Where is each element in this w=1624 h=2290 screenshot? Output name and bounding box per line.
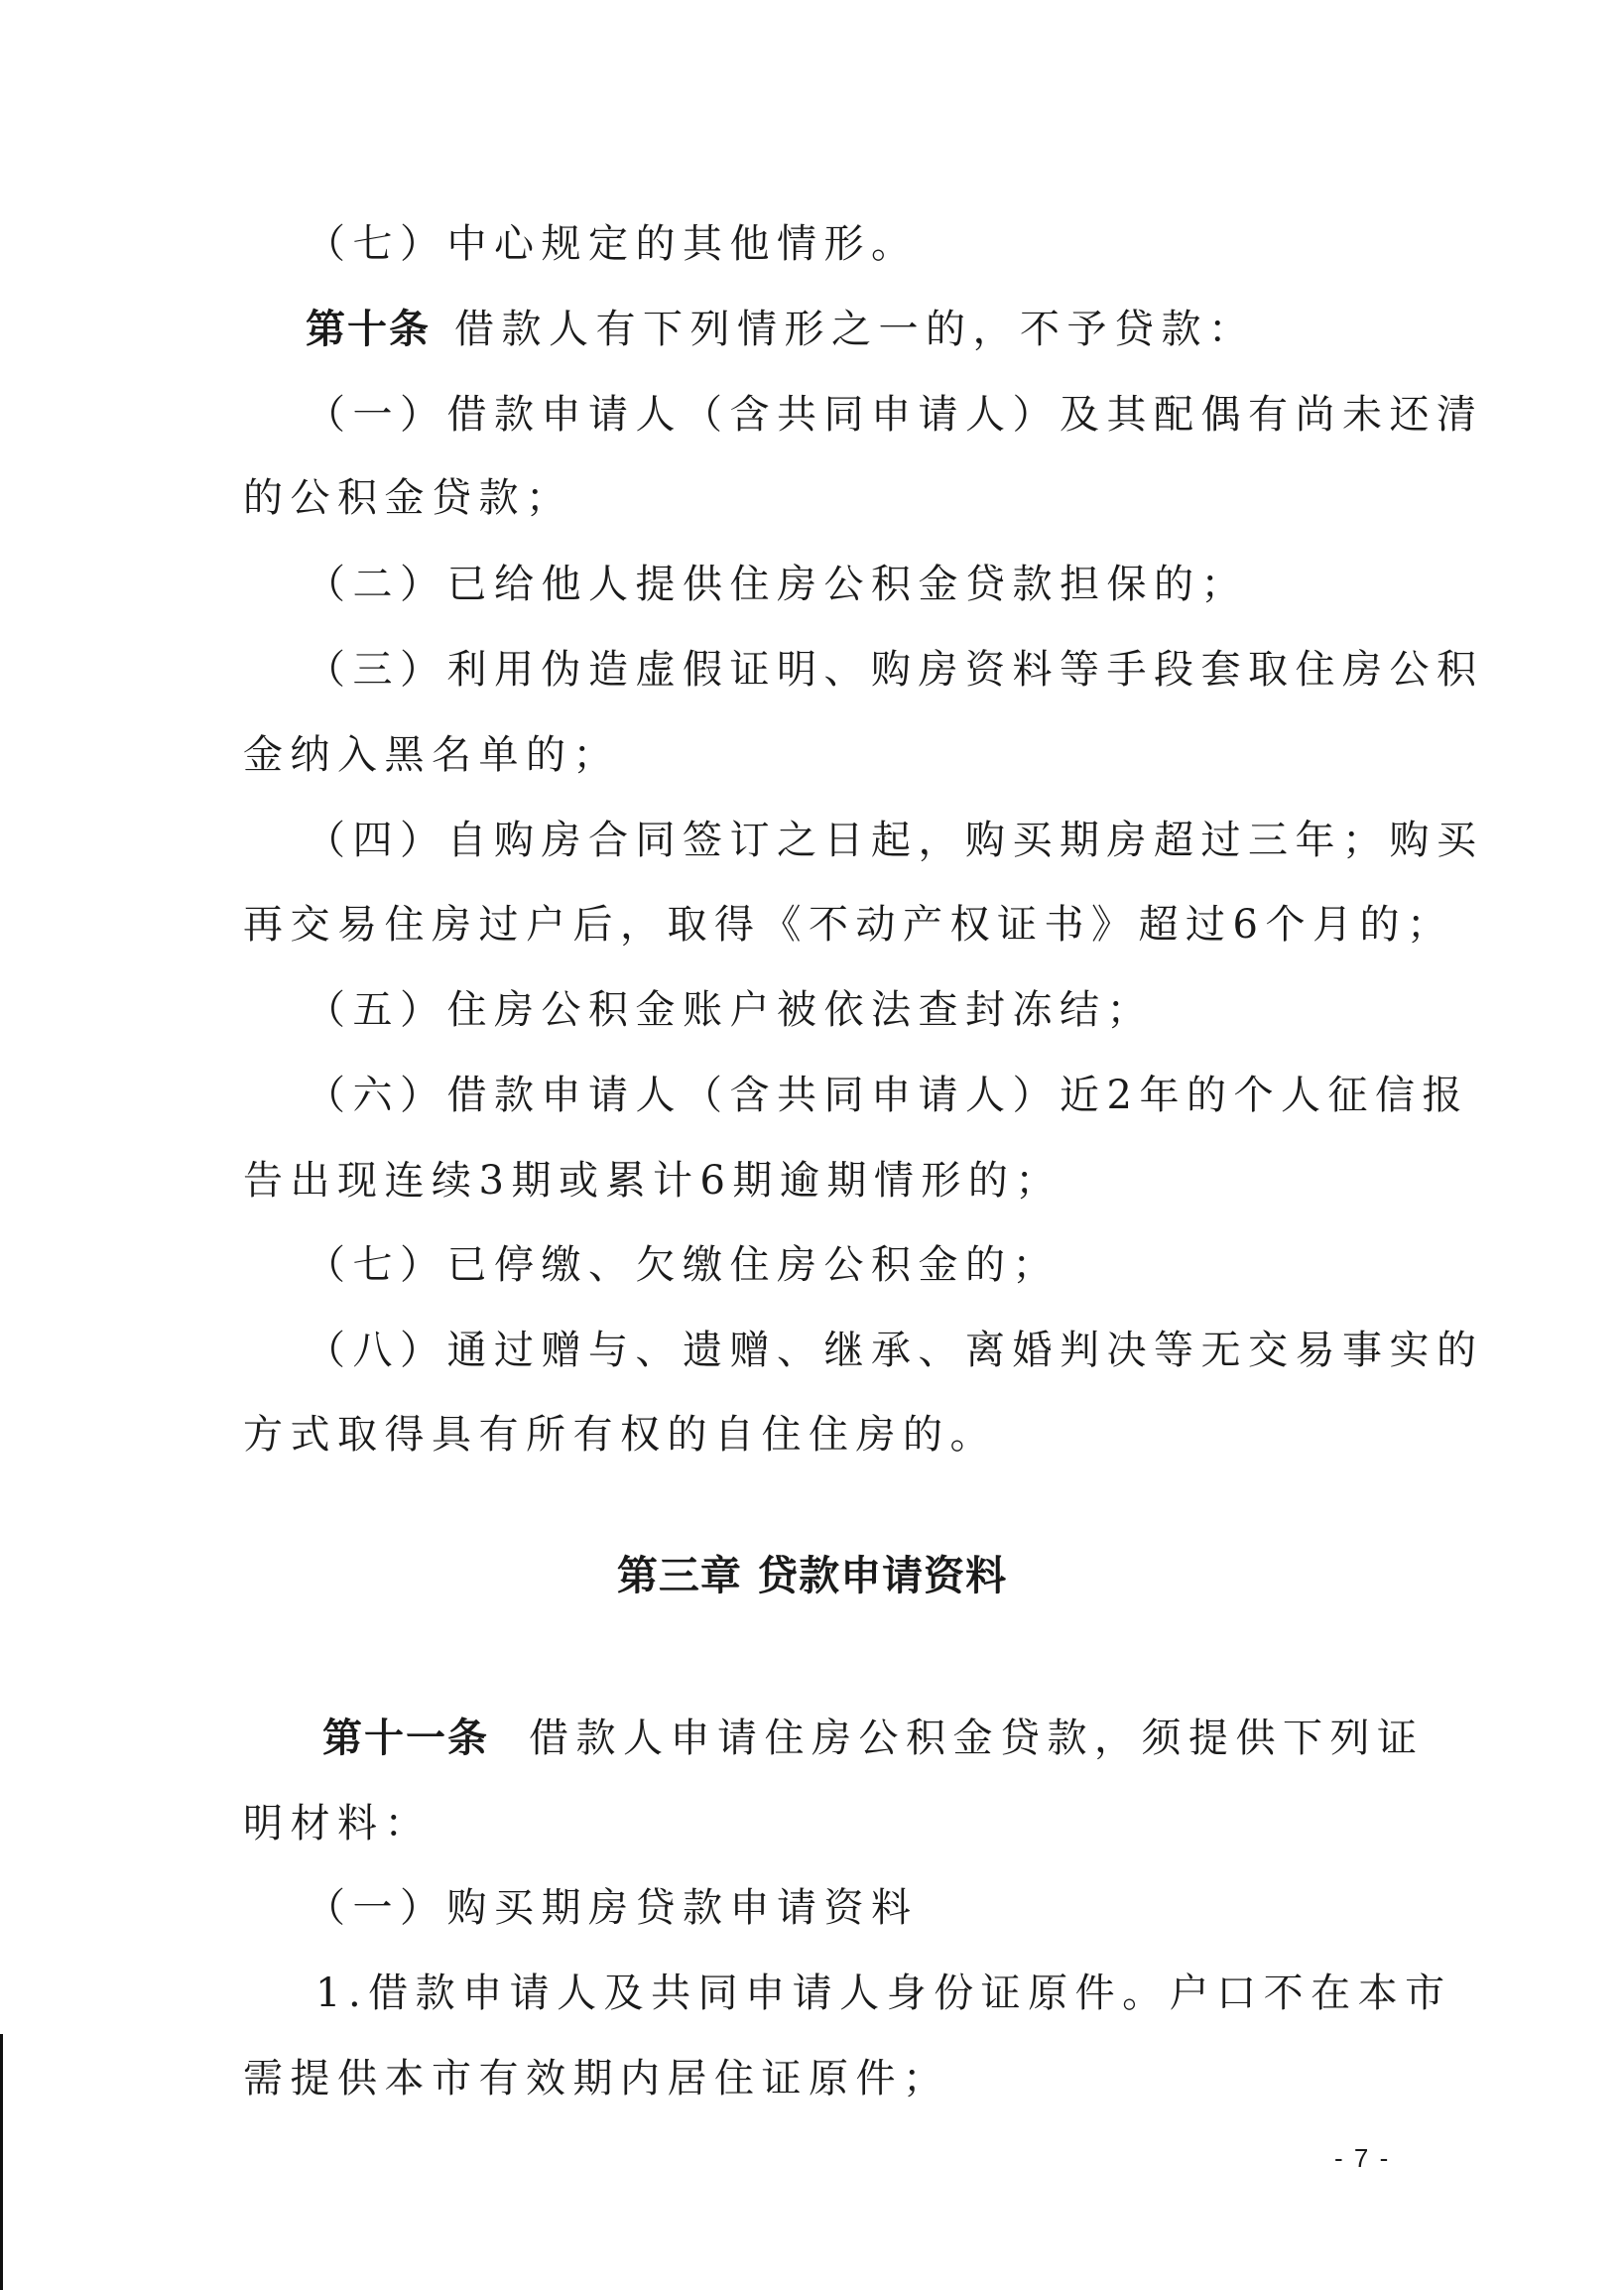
- paragraph-line: 再交易住房过户后，取得《不动产权证书》超过6个月的；: [243, 901, 1379, 949]
- list-item-line: 1.借款申请人及共同申请人身份证原件。户口不在本市: [315, 1970, 1451, 2017]
- section-heading: （一）购买期房贷款申请资料: [306, 1884, 1441, 1932]
- article-number: 第十一条: [322, 1716, 489, 1761]
- paragraph-line: 告出现连续3期或累计6期逾期情形的；: [243, 1157, 1379, 1205]
- list-item-line: 需提供本市有效期内居住证原件；: [243, 2055, 1379, 2102]
- article-10-line: 第十条借款人有下列情形之一的，不予贷款：: [306, 306, 1441, 353]
- chapter-heading: 第三章 贷款申请资料: [0, 1551, 1624, 1600]
- article-text: 借款人有下列情形之一的，不予贷款：: [454, 307, 1256, 352]
- paragraph-line: 明材料：: [243, 1800, 1379, 1847]
- scan-binding-edge: [0, 2034, 3, 2290]
- paragraph-line: （一）借款申请人（含共同申请人）及其配偶有尚未还清: [306, 391, 1441, 439]
- paragraph-line: 方式取得具有所有权的自住住房的。: [243, 1411, 1379, 1459]
- article-text: 借款人申请住房公积金贷款，须提供下列证: [529, 1716, 1425, 1761]
- paragraph-line: （二）已给他人提供住房公积金贷款担保的；: [306, 561, 1441, 608]
- document-page: （七）中心规定的其他情形。 第十条借款人有下列情形之一的，不予贷款： （一）借款…: [0, 0, 1624, 2290]
- page-number: - 7 -: [1334, 2143, 1390, 2174]
- article-11-line: 第十一条借款人申请住房公积金贷款，须提供下列证: [322, 1715, 1458, 1762]
- paragraph-line: （三）利用伪造虚假证明、购房资料等手段套取住房公积: [306, 646, 1441, 694]
- paragraph-line: （七）已停缴、欠缴住房公积金的；: [306, 1241, 1441, 1289]
- paragraph-line: 的公积金贷款；: [243, 474, 1379, 522]
- paragraph-line: （四）自购房合同签订之日起，购买期房超过三年；购买: [306, 817, 1441, 864]
- paragraph-line: （七）中心规定的其他情形。: [306, 220, 1441, 268]
- paragraph-line: （六）借款申请人（含共同申请人）近2年的个人征信报: [306, 1072, 1441, 1119]
- paragraph-line: 金纳入黑名单的；: [243, 731, 1379, 779]
- article-number: 第十条: [306, 307, 431, 352]
- paragraph-line: （八）通过赠与、遗赠、继承、离婚判决等无交易事实的: [306, 1327, 1441, 1374]
- paragraph-line: （五）住房公积金账户被依法查封冻结；: [306, 986, 1441, 1034]
